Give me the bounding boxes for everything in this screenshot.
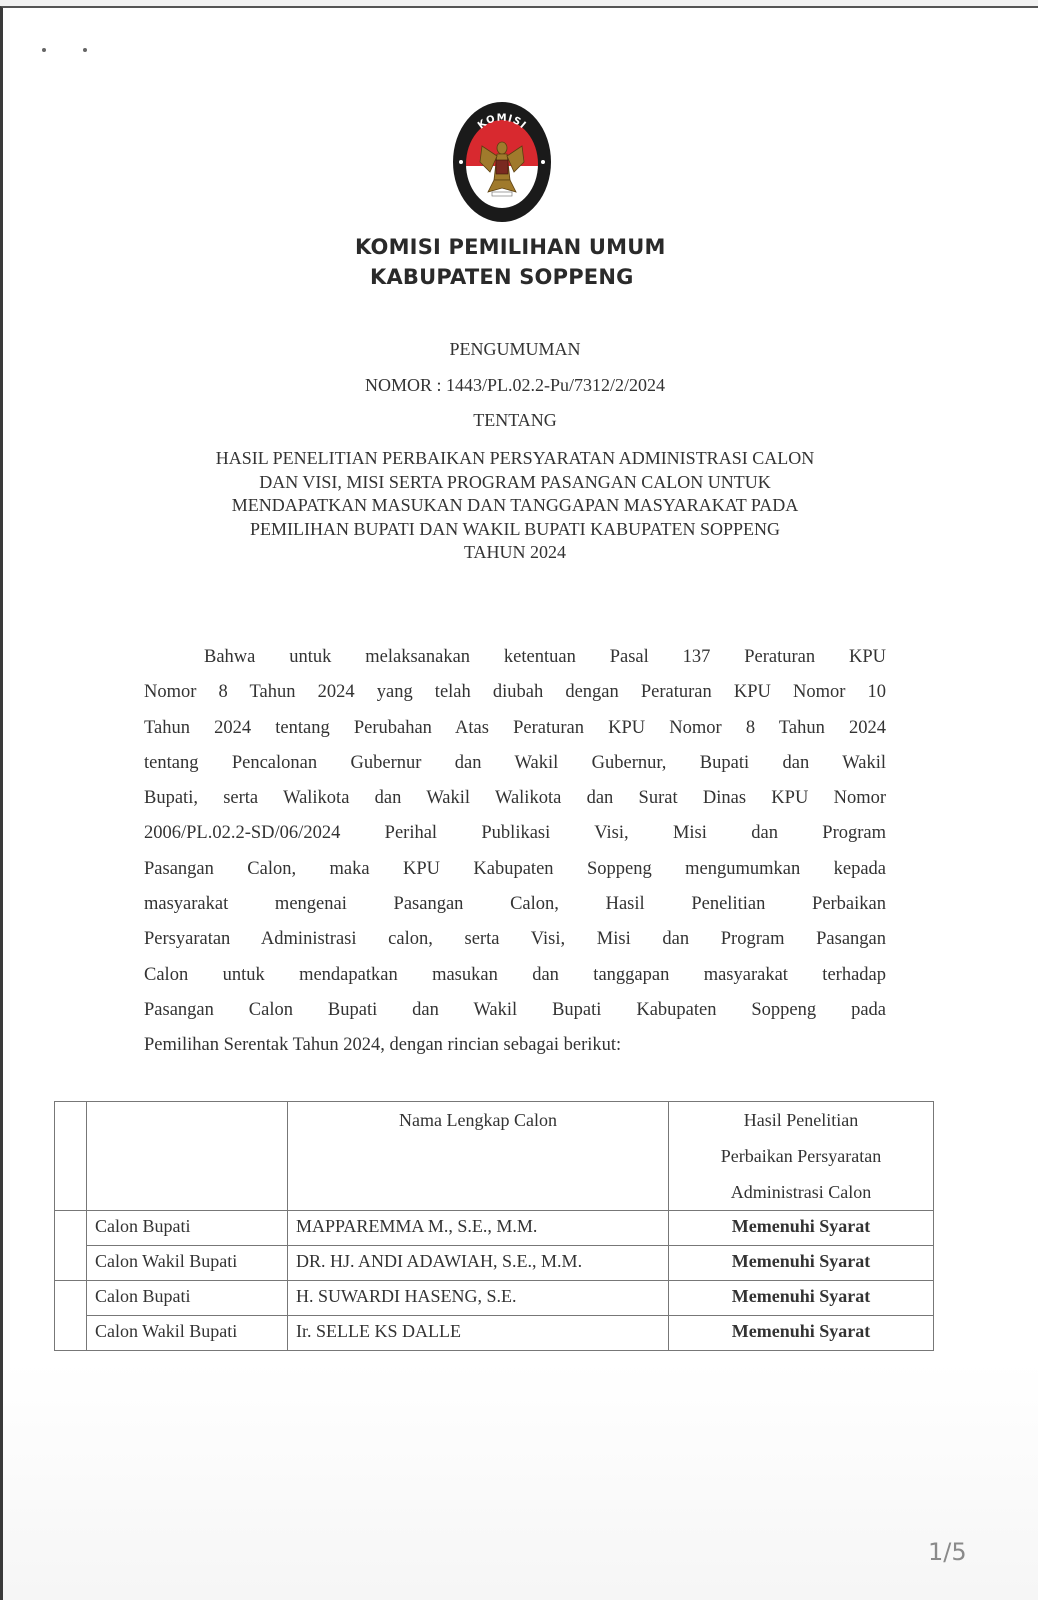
role-cell: Calon Bupati <box>87 1211 288 1246</box>
header-no-cell <box>55 1102 87 1211</box>
table-row: Calon Bupati MAPPAREMMA M., S.E., M.M. M… <box>55 1211 934 1246</box>
org-name-line1: KOMISI PEMILIHAN UMUM <box>355 235 835 259</box>
result-value: Memenuhi Syarat <box>732 1251 871 1271</box>
name-cell: Ir. SELLE KS DALLE <box>288 1316 669 1351</box>
name-cell: DR. HJ. ANDI ADAWIAH, S.E., M.M. <box>288 1246 669 1281</box>
body-line: Tahun 2024 tentang Perubahan Atas Peratu… <box>144 711 886 746</box>
result-cell: Memenuhi Syarat <box>669 1281 934 1316</box>
name-cell: H. SUWARDI HASENG, S.E. <box>288 1281 669 1316</box>
body-line: Persyaratan Administrasi calon, serta Vi… <box>144 922 886 957</box>
scan-dot <box>83 48 87 52</box>
result-value: Memenuhi Syarat <box>732 1216 871 1236</box>
body-line: Pasangan Calon, maka KPU Kabupaten Soppe… <box>144 852 886 887</box>
body-line: masyarakat mengenai Pasangan Calon, Hasi… <box>144 887 886 922</box>
header-role-cell <box>87 1102 288 1211</box>
scan-dot <box>42 48 46 52</box>
header-result-cell: Hasil Penelitian Perbaikan Persyaratan A… <box>669 1102 934 1211</box>
announcement-number: NOMOR : 1443/PL.02.2-Pu/7312/2/2024 <box>100 375 930 396</box>
org-name-line2: KABUPATEN SOPPENG <box>370 265 850 289</box>
header-name-cell: Nama Lengkap Calon <box>288 1102 669 1211</box>
result-value: Memenuhi Syarat <box>732 1286 871 1306</box>
pair-no-cell <box>55 1211 87 1246</box>
body-line: Bahwa untuk melaksanakan ketentuan Pasal… <box>144 640 886 675</box>
candidates-table: Nama Lengkap Calon Hasil Penelitian Perb… <box>54 1101 934 1351</box>
pair-no-cell <box>55 1281 87 1316</box>
result-value: Memenuhi Syarat <box>732 1321 871 1341</box>
header-result-line: Administrasi Calon <box>677 1174 925 1210</box>
table-row: Calon Bupati H. SUWARDI HASENG, S.E. Mem… <box>55 1281 934 1316</box>
title-line: TAHUN 2024 <box>100 541 930 565</box>
name-cell: MAPPAREMMA M., S.E., M.M. <box>288 1211 669 1246</box>
header-result-line: Perbaikan Persyaratan <box>677 1138 925 1174</box>
title-line: DAN VISI, MISI SERTA PROGRAM PASANGAN CA… <box>100 471 930 495</box>
role-cell: Calon Bupati <box>87 1281 288 1316</box>
role-cell: Calon Wakil Bupati <box>87 1246 288 1281</box>
title-line: MENDAPATKAN MASUKAN DAN TANGGAPAN MASYAR… <box>100 494 930 518</box>
body-line: 2006/PL.02.2-SD/06/2024 Perihal Publikas… <box>144 816 886 851</box>
body-line: tentang Pencalonan Gubernur dan Wakil Gu… <box>144 746 886 781</box>
result-cell: Memenuhi Syarat <box>669 1211 934 1246</box>
body-line: Bupati, serta Walikota dan Wakil Walikot… <box>144 781 886 816</box>
header-result-line: Hasil Penelitian <box>677 1102 925 1138</box>
page-indicator: 1/5 <box>928 1538 967 1566</box>
body-line: Pasangan Calon Bupati dan Wakil Bupati K… <box>144 993 886 1028</box>
body-line: Calon untuk mendapatkan masukan dan tang… <box>144 958 886 993</box>
table-row: Calon Wakil Bupati Ir. SELLE KS DALLE Me… <box>55 1316 934 1351</box>
title-line: PEMILIHAN BUPATI DAN WAKIL BUPATI KABUPA… <box>100 518 930 542</box>
title-line: HASIL PENELITIAN PERBAIKAN PERSYARATAN A… <box>100 447 930 471</box>
announcement-title: HASIL PENELITIAN PERBAIKAN PERSYARATAN A… <box>100 447 930 565</box>
table-row: Calon Wakil Bupati DR. HJ. ANDI ADAWIAH,… <box>55 1246 934 1281</box>
announcement-label: PENGUMUMAN <box>100 339 930 360</box>
table-header-row: Nama Lengkap Calon Hasil Penelitian Perb… <box>55 1102 934 1211</box>
result-cell: Memenuhi Syarat <box>669 1316 934 1351</box>
body-line: Nomor 8 Tahun 2024 yang telah diubah den… <box>144 675 886 710</box>
role-cell: Calon Wakil Bupati <box>87 1316 288 1351</box>
pair-no-cell <box>55 1246 87 1281</box>
body-paragraph: Bahwa untuk melaksanakan ketentuan Pasal… <box>144 640 886 1064</box>
pair-no-cell <box>55 1316 87 1351</box>
result-cell: Memenuhi Syarat <box>669 1246 934 1281</box>
kpu-logo-icon: KOMISI PEMILIHAN UMUM <box>452 100 552 224</box>
announcement-about: TENTANG <box>100 410 930 431</box>
body-line: Pemilihan Serentak Tahun 2024, dengan ri… <box>144 1028 886 1063</box>
